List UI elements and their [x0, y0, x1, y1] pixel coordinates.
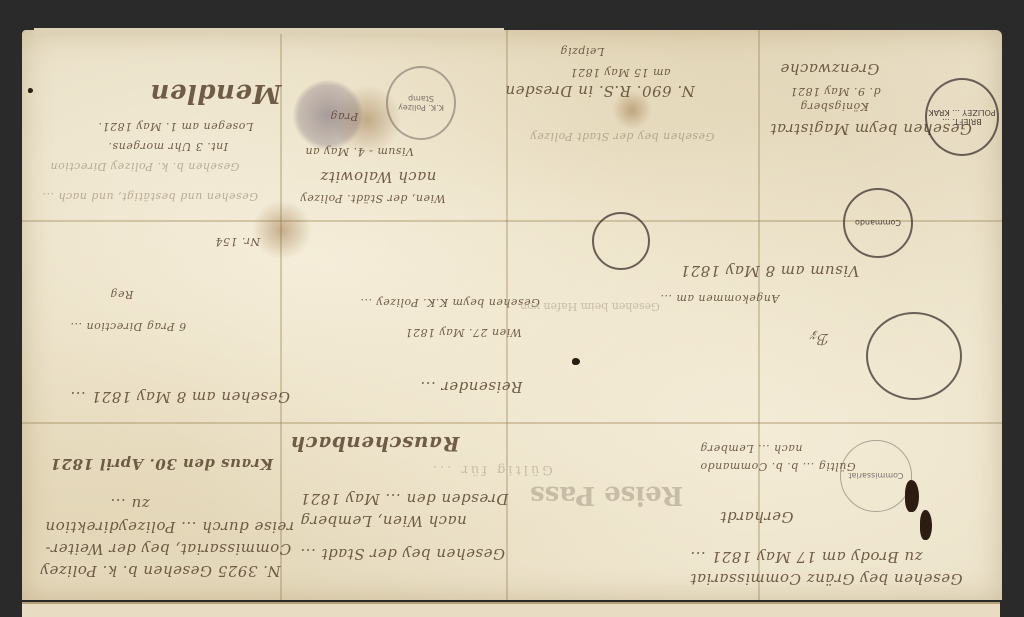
- handwritten-line: Gesehen b. k. Polizey Direction: [50, 160, 239, 173]
- signature: Rauschenbach: [290, 432, 460, 456]
- handwritten-line: Visum am 8 May 1821: [680, 262, 859, 280]
- stain: [252, 200, 312, 260]
- ink-blot: [905, 480, 919, 512]
- handwritten-line: Nr. 154: [215, 235, 260, 248]
- ink-blot: [28, 88, 33, 93]
- printed-form-text: Gültig für ...: [430, 462, 553, 477]
- handwritten-line: Gesehen beym K.K. Polizey ...: [360, 296, 540, 309]
- handwritten-line: Wien 27. May 1821: [405, 326, 522, 339]
- paper-edge: [34, 28, 504, 34]
- handwritten-line: Gesehen bey der Stadt ...: [300, 545, 505, 563]
- handwritten-line: Dresden den ... May 1821: [300, 490, 508, 508]
- handwritten-line: nach ... Lemberg: [700, 442, 802, 455]
- round-stamp: [866, 312, 962, 400]
- handwritten-line: d. 9. May 1821: [790, 85, 881, 98]
- handwritten-line: Gesehen am 8 May 1821 ...: [70, 388, 290, 406]
- handwritten-line: Gesehen und bestätigt, und nach ...: [42, 190, 258, 203]
- police-stamp: K.K. Polizey Stamp: [386, 66, 456, 140]
- handwritten-line: Leipzig: [560, 45, 604, 58]
- handwritten-line: Gesehen bey Gränz Commissariat: [690, 570, 963, 588]
- handwritten-line: zu ...: [110, 495, 150, 513]
- handwritten-line: am 15 May 1821: [570, 66, 671, 79]
- eagle-stamp: BRIEFT. ... POLIZEY ... KRAK: [925, 78, 999, 156]
- handwritten-line: Prag: [330, 110, 358, 123]
- handwritten-line: Reisender ...: [420, 378, 522, 396]
- fold-line-vertical-1: [280, 30, 282, 600]
- handwritten-line: Gesehen bey der Stadt Polizey: [530, 130, 714, 143]
- document-sheet: [22, 30, 1002, 600]
- handwritten-line: nach Wien, Lemberg: [300, 512, 467, 530]
- handwritten-line: Gültig ... b. b. Commando: [700, 460, 856, 473]
- printed-form-text: Gesehen beim Hafen von: [520, 300, 660, 313]
- faint-round-stamp: Commissariat: [840, 440, 912, 512]
- lower-page-edge: [22, 602, 1000, 617]
- handwritten-line: nach Walowitz: [320, 168, 436, 186]
- handwritten-line: Losegen am 1. May 1821.: [98, 120, 253, 133]
- commando-stamp: Commando: [843, 188, 913, 258]
- handwritten-line: Wien, der Städt. Polizey: [300, 192, 446, 205]
- handwritten-line: N. 690. R.S. in Dresden: [505, 82, 695, 100]
- signature: Mendlen: [150, 78, 281, 108]
- signature: Gerhardt: [720, 508, 793, 526]
- handwritten-line: Visum - 4. May an: [305, 145, 414, 158]
- small-round-stamp: [592, 212, 650, 270]
- handwritten-line: N. 3925 Gesehen b. k. Polizey: [40, 562, 281, 580]
- printed-form-title: Reise Pass: [530, 480, 683, 510]
- handwritten-line: Reg: [110, 288, 133, 301]
- ink-blot: [920, 510, 932, 540]
- ink-blot: [572, 358, 580, 365]
- handwritten-line: Königsberg: [800, 100, 869, 113]
- handwritten-line: reise durch ... Polizeydirektion: [45, 518, 294, 536]
- handwritten-line: zu Brody am 17 May 1821 ...: [690, 548, 922, 566]
- handwritten-line: Int. 3 Uhr morgens.: [108, 140, 228, 153]
- signature-flourish: ℬ𝓏: [810, 330, 830, 348]
- handwritten-line: Kraus den 30. April 1821: [50, 455, 273, 473]
- handwritten-line: Grenzwache: [780, 60, 879, 78]
- handwritten-line: 6 Prag Direction ...: [70, 320, 186, 333]
- handwritten-line: Angekommen am ...: [660, 292, 779, 305]
- fold-line-horizontal-2: [22, 422, 1002, 424]
- handwritten-line: Commissariat, bey der Weiter-: [45, 540, 291, 558]
- fold-line-vertical-2: [506, 30, 508, 600]
